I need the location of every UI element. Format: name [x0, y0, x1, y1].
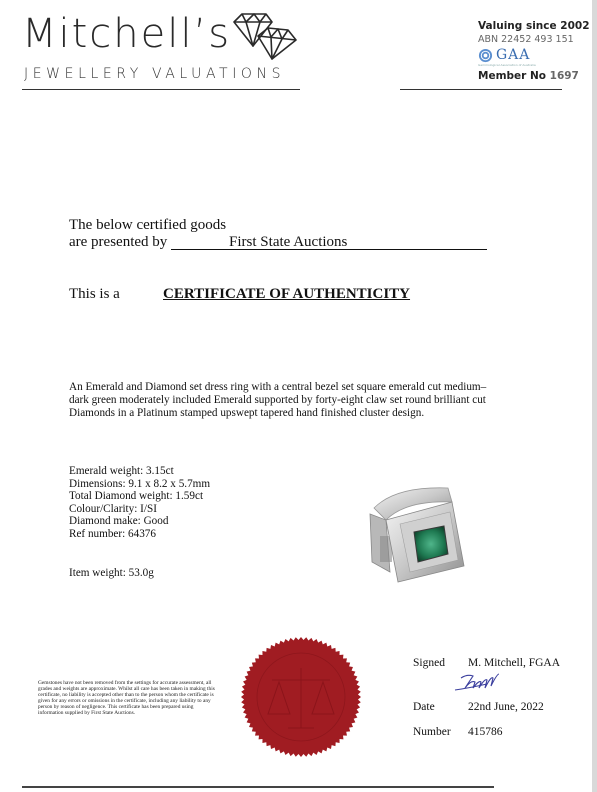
disclaimer-text: Gemstones have not been removed from the… [38, 680, 218, 717]
presenter-name: First State Auctions [171, 235, 487, 250]
certificate-number: 415786 [468, 726, 503, 738]
item-weight: Item weight: 53.0g [69, 567, 154, 579]
signature-mark [449, 668, 524, 694]
gaa-tagline: Gemmological Association of Australia [478, 63, 590, 67]
certificate-title: CERTIFICATE OF AUTHENTICITY [163, 286, 410, 303]
gaa-emblem-icon [478, 48, 493, 63]
certificate-intro: This is a [69, 286, 120, 303]
gaa-logo: GAA [478, 48, 590, 63]
valuing-since: Valuing since 2002 [478, 20, 590, 33]
page-edge-shadow [592, 0, 597, 792]
spec-emerald-weight: Emerald weight: 3.15ct [69, 465, 210, 478]
spec-diamond-make: Diamond make: Good [69, 515, 210, 528]
company-details: Valuing since 2002 ABN 22452 493 151 GAA… [478, 20, 590, 83]
abn: ABN 22452 493 151 [478, 33, 590, 46]
header-divider [22, 89, 300, 90]
presented-line-1: The below certified goods [69, 217, 487, 234]
footer-divider [22, 786, 494, 788]
diamonds-icon [232, 12, 298, 60]
header-divider [400, 89, 562, 90]
brand-name: Mitchell’s [22, 14, 231, 54]
presented-line-2: are presented by First State Auctions [69, 234, 487, 251]
member-number: Member No 1697 [478, 70, 590, 83]
spec-ref-number: Ref number: 64376 [69, 528, 210, 541]
presented-by-block: The below certified goods are presented … [69, 217, 487, 251]
brand-subtitle: JEWELLERY VALUATIONS [24, 66, 285, 82]
ring-photo [356, 480, 496, 590]
spec-diamond-weight: Total Diamond weight: 1.59ct [69, 490, 210, 503]
certificate-date: 22nd June, 2022 [468, 701, 544, 713]
spec-dimensions: Dimensions: 9.1 x 8.2 x 5.7mm [69, 478, 210, 491]
specifications-list: Emerald weight: 3.15ct Dimensions: 9.1 x… [69, 465, 210, 541]
spec-colour-clarity: Colour/Clarity: I/SI [69, 503, 210, 516]
item-description: An Emerald and Diamond set dress ring wi… [69, 381, 499, 419]
gaa-text: GAA [496, 49, 530, 62]
scales-of-justice-icon [240, 636, 362, 758]
